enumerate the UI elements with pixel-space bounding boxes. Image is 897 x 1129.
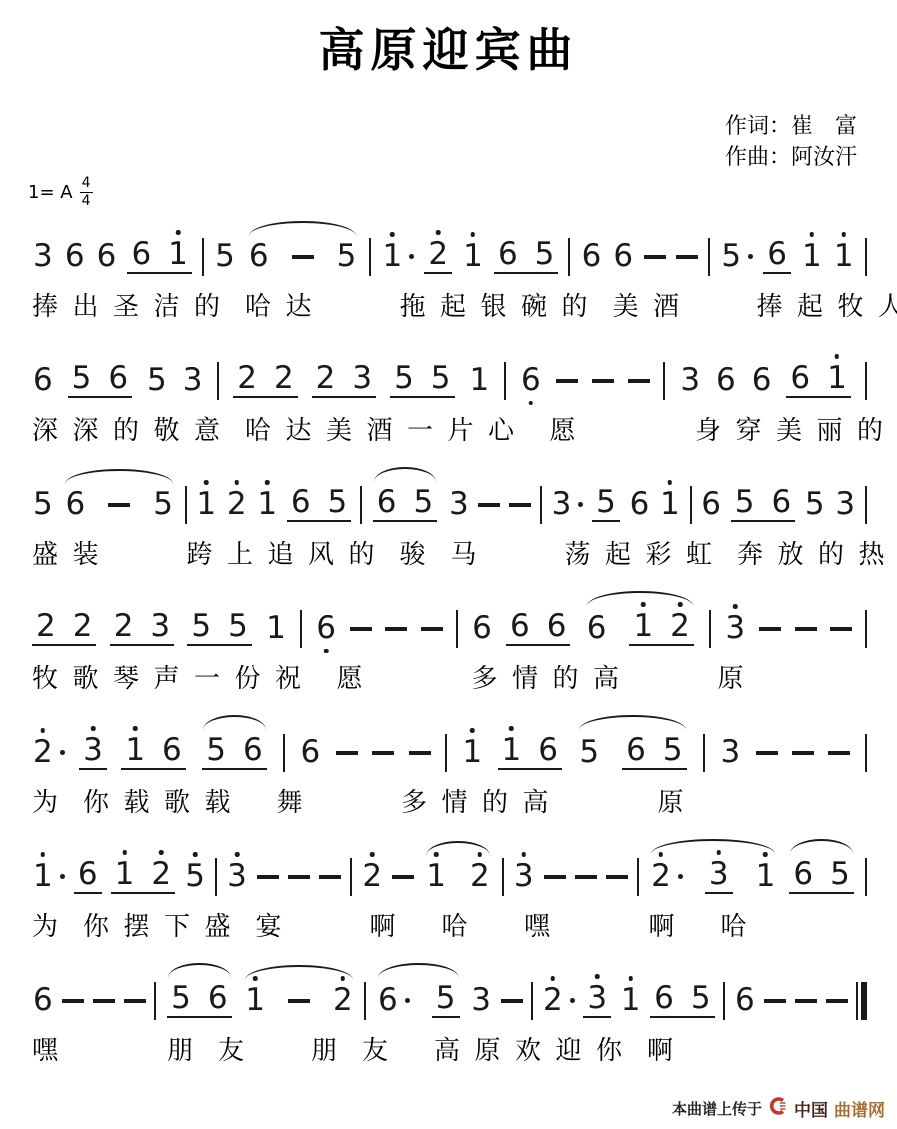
note-number: 1 (167, 239, 189, 270)
note-number: 3 (32, 241, 54, 272)
note-number: 6 (792, 859, 814, 890)
note: 6 (96, 241, 118, 272)
note-number: 1 (462, 241, 484, 272)
note-number: 1 (195, 489, 217, 520)
note-number: 1 (620, 985, 642, 1016)
dash (676, 255, 698, 259)
barline (202, 238, 204, 276)
lyrics-row: 为 你 载 歌 载 舞 多 情 的 高 原 (32, 782, 867, 819)
note: 1 (632, 611, 654, 642)
beam-group: 65 (789, 859, 853, 894)
barline (708, 238, 710, 276)
note: 5 (32, 489, 54, 520)
note: 5 (71, 363, 93, 394)
beam-group: 2 (424, 239, 452, 274)
dash (830, 627, 852, 631)
note-number: 3 (719, 737, 741, 768)
note: 6 (64, 489, 86, 520)
beam-group: 6 (763, 239, 791, 274)
note-number: 6 (107, 363, 129, 394)
notes-row: 3666156512165665611 (32, 233, 867, 281)
note-number: 1 (382, 241, 404, 272)
note-number: 1 (32, 861, 54, 892)
note-number: 6 (248, 241, 270, 272)
note: 2 (32, 737, 65, 768)
note-number: 6 (537, 735, 559, 766)
note: 3 (834, 489, 856, 520)
note: 6 (751, 365, 773, 396)
notes-row: 65612653231656 (32, 977, 867, 1025)
note-number: 5 (595, 487, 617, 518)
note-number: 1 (468, 365, 490, 396)
note-number: 6 (130, 239, 152, 270)
note: 5 (184, 861, 206, 892)
score: 3666156512165665611捧 出 圣 洁 的 哈 达 拖 起 银 碗… (32, 233, 867, 1067)
note: 1 (114, 859, 136, 890)
note: 5 (734, 487, 756, 518)
dash (556, 379, 578, 383)
note: 3 (551, 489, 584, 520)
barline (540, 486, 542, 524)
note-number: 3 (82, 735, 104, 766)
note-number: 3 (470, 985, 492, 1016)
barline (865, 486, 867, 524)
note: 2 (113, 611, 135, 642)
barline (531, 982, 533, 1020)
note-number: 2 (361, 861, 383, 892)
note: 5 (190, 611, 212, 642)
barline (865, 610, 867, 648)
note-number: 5 (430, 363, 452, 394)
note-number: 3 (724, 613, 746, 644)
note-number: 5 (435, 983, 457, 1014)
note: 5 (435, 983, 457, 1014)
note-number: 3 (551, 489, 573, 520)
note: 6 (734, 985, 756, 1016)
note: 1 (826, 363, 848, 394)
note: 6 (629, 489, 651, 520)
barline (217, 362, 219, 400)
dash (336, 751, 358, 755)
meter-numerator: 4 (82, 176, 91, 191)
beam-group: 5 (432, 983, 460, 1018)
note: 1 (425, 861, 447, 892)
dash (350, 627, 372, 631)
octave-dot-above (678, 602, 683, 607)
lyrics-row: 嘿 朋 友 朋 友 高 原 欢 迎 你 啊 (32, 1030, 867, 1067)
time-signature: 4 4 (80, 176, 93, 209)
note: 5 (430, 363, 452, 394)
note-number: 1 (265, 613, 287, 644)
note-number: 6 (161, 735, 183, 766)
note: 1 (833, 241, 855, 272)
note: 6 (537, 735, 559, 766)
note-number: 5 (205, 735, 227, 766)
dash (592, 379, 614, 383)
note-number: 6 (96, 241, 118, 272)
note: 6 (586, 613, 608, 644)
note: 5 (227, 611, 249, 642)
note: 6 (207, 983, 229, 1014)
note: 5 (720, 241, 753, 272)
note-number: 3 (448, 489, 470, 520)
note-number: 6 (789, 363, 811, 394)
slur-group: 65 (375, 983, 461, 1018)
note-number: 2 (542, 985, 564, 1016)
note-number: 6 (546, 611, 568, 642)
notes-row: 56512165653356165653 (32, 481, 867, 529)
beam-group: 56 (68, 363, 132, 398)
note: 6 (509, 611, 531, 642)
note: 3 (32, 241, 54, 272)
note-number: 5 (829, 859, 851, 890)
slur-group: 56 (200, 735, 268, 770)
note-number: 5 (412, 487, 434, 518)
beam-group: 5 (592, 487, 620, 522)
dash (759, 627, 781, 631)
octave-dot-above (370, 852, 375, 857)
note-number: 1 (256, 489, 278, 520)
note-number: 5 (327, 487, 349, 518)
note-number: 6 (64, 489, 86, 520)
score-line-6: 161253212323165为 你 摆 下 盛 宴 啊 哈 嘿 啊 哈 (32, 853, 867, 943)
note: 3 (708, 859, 730, 890)
site-name-secondary: 曲谱网 (834, 1096, 885, 1121)
note-number: 6 (290, 487, 312, 518)
beam-group: 12 (111, 859, 175, 894)
note-number: 2 (315, 363, 337, 394)
note-number: 1 (501, 735, 523, 766)
dash (764, 999, 786, 1003)
note: 6 (770, 487, 792, 518)
barline (709, 610, 711, 648)
note: 6 (377, 985, 410, 1016)
note: 3 (719, 737, 741, 768)
barline (502, 858, 504, 896)
note: 3 (149, 611, 171, 642)
note-number: 6 (586, 613, 608, 644)
note-number: 6 (629, 489, 651, 520)
barline (865, 734, 867, 772)
note-number: 3 (351, 363, 373, 394)
octave-dot-above (204, 480, 209, 485)
note-number: 2 (650, 861, 672, 892)
dash (606, 875, 628, 879)
beam-group: 56 (202, 735, 266, 770)
note: 2 (469, 861, 491, 892)
note: 6 (77, 859, 99, 890)
note: 5 (214, 241, 236, 272)
slur-group: 65 (246, 241, 359, 272)
octave-dot-above (810, 232, 815, 237)
dash (575, 875, 597, 879)
dash (795, 999, 817, 1003)
note-number: 5 (534, 239, 556, 270)
augmentation-dot (60, 750, 65, 755)
note-number: 5 (690, 983, 712, 1014)
octave-dot-above (716, 850, 721, 855)
beam-group: 22 (233, 363, 297, 398)
slur-group: 56 (165, 983, 233, 1018)
note: 1 (501, 735, 523, 766)
barline (690, 486, 692, 524)
note-number: 6 (77, 859, 99, 890)
key-signature: 1= A 4 4 (28, 176, 897, 209)
score-line-3: 56512165653356165653盛 装 跨 上 追 风 的 骏 马 荡 … (32, 481, 867, 571)
dash (124, 999, 146, 1003)
note: 6 (789, 363, 811, 394)
note: 5 (804, 489, 826, 520)
dash (372, 751, 394, 755)
note: 6 (612, 241, 634, 272)
barline (360, 486, 362, 524)
note-number: 3 (226, 861, 248, 892)
note: 5 (170, 983, 192, 1014)
note-number: 3 (149, 611, 171, 642)
note: 5 (327, 487, 349, 518)
note-number: 6 (509, 611, 531, 642)
note-number: 5 (720, 241, 742, 272)
dash (288, 999, 310, 1003)
octave-dot-above (551, 976, 556, 981)
note-number: 6 (315, 613, 337, 644)
octave-dot-above (265, 480, 270, 485)
note: 1 (620, 985, 642, 1016)
meter-denominator: 4 (82, 194, 91, 209)
note: 6 (64, 241, 86, 272)
note-number: 3 (679, 365, 701, 396)
note: 6 (625, 735, 647, 766)
credits: 作词：崔 富 作曲：阿汝汗 (0, 110, 857, 172)
note-number: 6 (300, 737, 322, 768)
note-number: 6 (715, 365, 737, 396)
barline (350, 858, 352, 896)
lyricist-credit: 作词：崔 富 (0, 110, 857, 141)
score-line-5: 23165661165653为 你 载 歌 载 舞 多 情 的 高 原 (32, 729, 867, 819)
augmentation-dot (570, 998, 575, 1003)
octave-dot-above (122, 850, 127, 855)
note: 2 (226, 489, 248, 520)
note-number: 6 (700, 489, 722, 520)
note: 2 (361, 861, 383, 892)
note: 5 (662, 735, 684, 766)
site-name-primary: 中国 (794, 1096, 828, 1121)
octave-dot-above (841, 232, 846, 237)
barline (364, 982, 366, 1020)
dash (392, 875, 414, 879)
note-number: 6 (497, 239, 519, 270)
note: 6 (653, 983, 675, 1014)
augmentation-dot (405, 998, 410, 1003)
note-number: 5 (662, 735, 684, 766)
slur-group: 65 (62, 489, 175, 520)
octave-dot-above (733, 604, 738, 609)
note: 1 (468, 365, 490, 396)
note-number: 3 (182, 365, 204, 396)
slur-group: 612 (584, 611, 696, 646)
dash (421, 627, 443, 631)
note-number: 6 (581, 241, 603, 272)
note: 2 (236, 363, 258, 394)
note: 2 (315, 363, 337, 394)
note: 1 (124, 735, 146, 766)
octave-dot-above (522, 852, 527, 857)
octave-dot-above (41, 852, 46, 857)
note-number: 1 (114, 859, 136, 890)
note: 5 (534, 239, 556, 270)
octave-dot-above (436, 230, 441, 235)
octave-dot-above (471, 232, 476, 237)
dash (828, 751, 850, 755)
octave-dot-above (641, 602, 646, 607)
note: 6 (581, 241, 603, 272)
dash (826, 999, 848, 1003)
dash (288, 875, 310, 879)
octave-dot-above (176, 230, 181, 235)
note-number: 5 (227, 611, 249, 642)
octave-dot-above (659, 852, 664, 857)
beam-group: 3 (583, 983, 611, 1018)
note-number: 1 (244, 985, 266, 1016)
note-number: 5 (804, 489, 826, 520)
octave-dot-above (41, 728, 46, 733)
notes-row: 161253212323165 (32, 853, 867, 901)
note: 3 (679, 365, 701, 396)
note-number: 2 (273, 363, 295, 394)
slur-group: 12 (242, 985, 355, 1016)
note: 3 (226, 861, 248, 892)
note-number: 1 (833, 241, 855, 272)
barline (723, 982, 725, 1020)
note-number: 5 (336, 241, 358, 272)
note: 2 (669, 611, 691, 642)
note-number: 6 (32, 365, 54, 396)
octave-dot-above (234, 480, 239, 485)
dash (409, 751, 431, 755)
beam-group: 3 (79, 735, 107, 770)
lyrics-row: 为 你 摆 下 盛 宴 啊 哈 嘿 啊 哈 (32, 906, 867, 943)
octave-dot-above (478, 852, 483, 857)
note-number: 6 (242, 735, 264, 766)
note: 1 (382, 241, 415, 272)
note: 6 (32, 985, 54, 1016)
note: 5 (578, 737, 600, 768)
note: 3 (351, 363, 373, 394)
note-number: 5 (214, 241, 236, 272)
note-number: 2 (32, 737, 54, 768)
beam-group: 16 (121, 735, 185, 770)
lyrics-row: 捧 出 圣 洁 的 哈 达 拖 起 银 碗 的 美 酒 捧 起 牧 人 (32, 286, 867, 323)
note: 6 (242, 735, 264, 766)
lyrics-row: 盛 装 跨 上 追 风 的 骏 马 荡 起 彩 虹 奔 放 的 热 情 (32, 534, 867, 571)
note-number: 2 (236, 363, 258, 394)
song-title: 高原迎宾曲 (0, 14, 897, 80)
beam-group: 55 (187, 611, 251, 646)
note-number: 5 (734, 487, 756, 518)
note-number: 1 (801, 241, 823, 272)
note-number: 2 (150, 859, 172, 890)
dash (509, 503, 531, 507)
slur-group: 65 (371, 487, 439, 522)
note-number: 6 (770, 487, 792, 518)
note-number: 6 (471, 613, 493, 644)
note-number: 6 (653, 983, 675, 1014)
note: 5 (690, 983, 712, 1014)
note: 1 (195, 489, 217, 520)
note: 1 (755, 861, 777, 892)
octave-dot-above (235, 852, 240, 857)
dash (292, 255, 314, 259)
note-number: 6 (64, 241, 86, 272)
barline (568, 238, 570, 276)
barline (215, 858, 217, 896)
note: 1 (167, 239, 189, 270)
note-number: 5 (578, 737, 600, 768)
octave-dot-above (835, 354, 840, 359)
note: 1 (256, 489, 278, 520)
note-number: 5 (32, 489, 54, 520)
score-line-7: 65612653231656嘿 朋 友 朋 友 高 原 欢 迎 你 啊 (32, 977, 867, 1067)
note: 3 (513, 861, 535, 892)
barline (703, 734, 705, 772)
beam-group: 23 (312, 363, 376, 398)
note: 2 (35, 611, 57, 642)
sheet-page: 高原迎宾曲 作词：崔 富 作曲：阿汝汗 1= A 4 4 36661565121… (0, 14, 897, 1067)
octave-dot-below (324, 649, 329, 654)
beam-group: 3 (705, 859, 733, 894)
note: 1 (244, 985, 266, 1016)
beam-group: 56 (731, 487, 795, 522)
note: 3 (182, 365, 204, 396)
watermark: 本曲谱上传于 中国曲谱网 (672, 1096, 885, 1121)
slur-group: 565 (576, 735, 688, 770)
note: 1 (659, 489, 681, 520)
dash (62, 999, 84, 1003)
note: 6 (290, 487, 312, 518)
note-number: 1 (755, 861, 777, 892)
octave-dot-above (133, 726, 138, 731)
beam-group: 65 (373, 487, 437, 522)
note-number: 5 (71, 363, 93, 394)
note: 1 (461, 737, 483, 768)
octave-dot-above (253, 976, 258, 981)
note-number: 2 (469, 861, 491, 892)
barline (154, 982, 156, 1020)
octave-dot-above (434, 852, 439, 857)
beam-group: 65 (622, 735, 686, 770)
note-number: 6 (625, 735, 647, 766)
note: 3 (448, 489, 470, 520)
notes-row: 656532223551636661 (32, 357, 867, 405)
augmentation-dot (409, 254, 414, 259)
beam-group: 55 (390, 363, 454, 398)
note: 1 (462, 241, 484, 272)
note-number: 5 (170, 983, 192, 1014)
barline (369, 238, 371, 276)
octave-dot-above (470, 728, 475, 733)
octave-dot-above (159, 850, 164, 855)
upload-text: 本曲谱上传于 (672, 1098, 762, 1119)
note: 6 (497, 239, 519, 270)
note: 5 (336, 241, 358, 272)
note: 1 (32, 861, 65, 892)
note: 6 (107, 363, 129, 394)
octave-dot-above (628, 976, 633, 981)
augmentation-dot (748, 254, 753, 259)
octave-dot-above (91, 726, 96, 731)
note-number: 2 (35, 611, 57, 642)
note-number: 1 (425, 861, 447, 892)
